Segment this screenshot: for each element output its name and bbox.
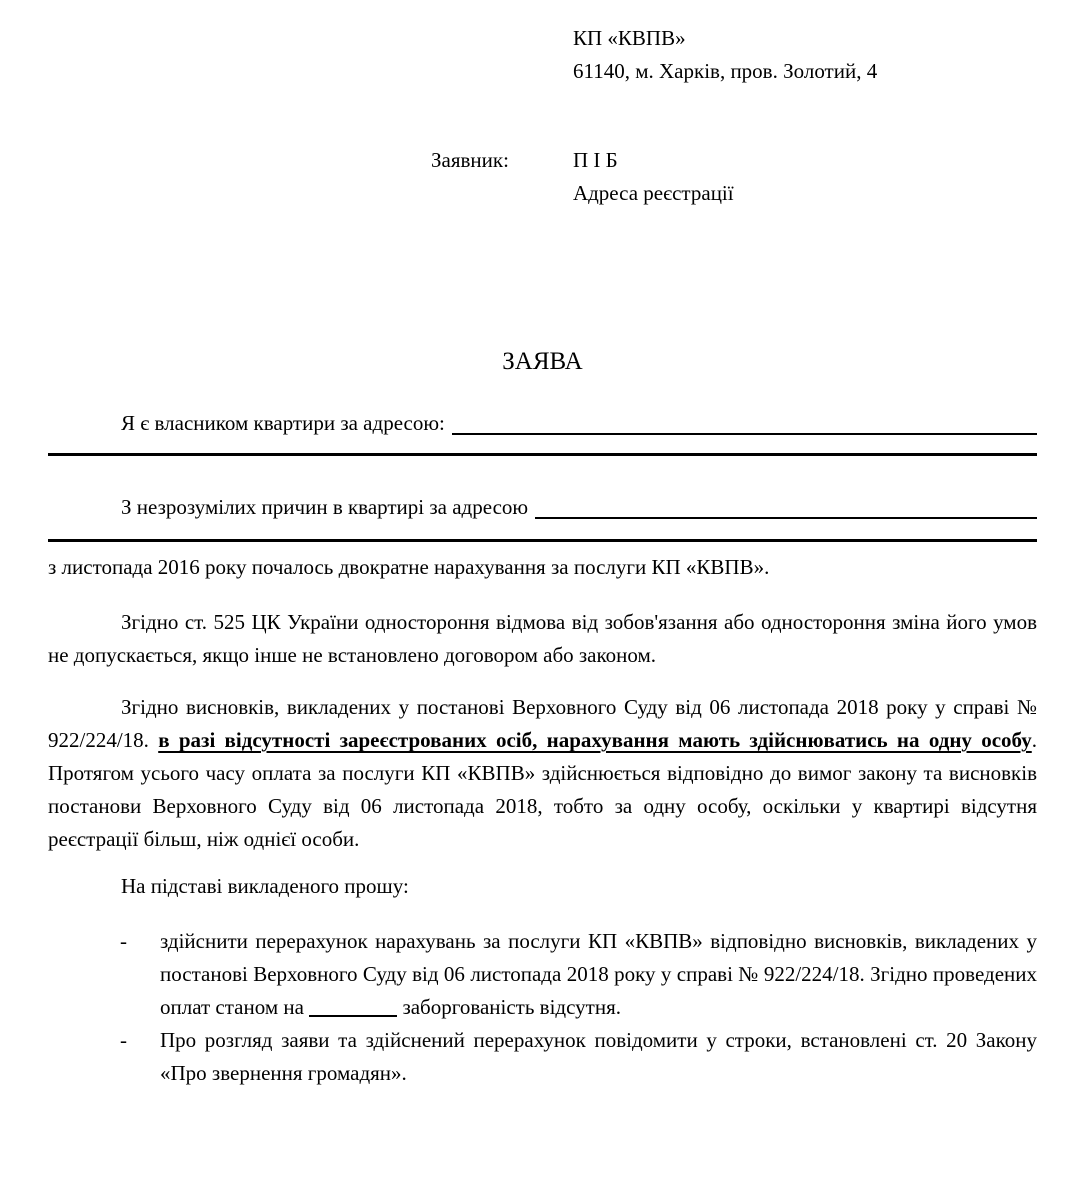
list-item-notification: -Про розгляд заяви та здійснений перерах… xyxy=(160,1024,1037,1090)
address-fill-line xyxy=(452,433,1037,435)
court-ruling-emphasis: в разі відсутності зареєстрованих осіб, … xyxy=(158,728,1032,752)
applicant-label: Заявник: xyxy=(431,144,509,210)
request-1-text-after: заборгованість відсутня. xyxy=(397,995,621,1019)
applicant-details: П І Б Адреса реєстрації xyxy=(573,144,734,210)
reason-continuation: з листопада 2016 року почалось двократне… xyxy=(48,551,1037,584)
recipient-address: 61140, м. Харків, пров. Золотий, 4 xyxy=(573,55,1037,88)
list-item-recalculation: -здійснити перерахунок нарахувань за пос… xyxy=(160,925,1037,1024)
recipient-block: КП «КВПВ» 61140, м. Харків, пров. Золоти… xyxy=(573,22,1037,88)
recipient-name: КП «КВПВ» xyxy=(573,22,1037,55)
paragraph-reason: З незрозумілих причин в квартирі за адре… xyxy=(48,491,1037,524)
request-list: -здійснити перерахунок нарахувань за пос… xyxy=(160,925,1037,1090)
paragraph-law-525: Згідно ст. 525 ЦК України одностороння в… xyxy=(48,606,1037,672)
request-2-text: Про розгляд заяви та здійснений перераху… xyxy=(160,1028,1037,1085)
reason-address-fill-line xyxy=(535,517,1037,519)
document-title: ЗАЯВА xyxy=(48,344,1037,380)
list-dash-marker: - xyxy=(120,1024,127,1057)
applicant-address: Адреса реєстрації xyxy=(573,177,734,210)
date-blank-line xyxy=(309,999,397,1017)
document-page: КП «КВПВ» 61140, м. Харків, пров. Золоти… xyxy=(0,0,1083,1200)
paragraph-request-intro: На підставі викладеного прошу: xyxy=(48,870,1037,903)
reason-address-fill-line-continued xyxy=(48,524,1037,542)
paragraph-court-ruling: Згідно висновків, викладених у постанові… xyxy=(48,691,1037,856)
applicant-row: Заявник: П І Б Адреса реєстрації xyxy=(431,144,1037,210)
paragraph-ownership: Я є власником квартири за адресою: xyxy=(48,407,1037,440)
applicant-name: П І Б xyxy=(573,144,734,177)
ownership-statement: Я є власником квартири за адресою: xyxy=(48,407,445,440)
reason-statement: З незрозумілих причин в квартирі за адре… xyxy=(48,491,528,524)
list-dash-marker: - xyxy=(120,925,127,958)
address-fill-line-continued xyxy=(48,440,1037,456)
